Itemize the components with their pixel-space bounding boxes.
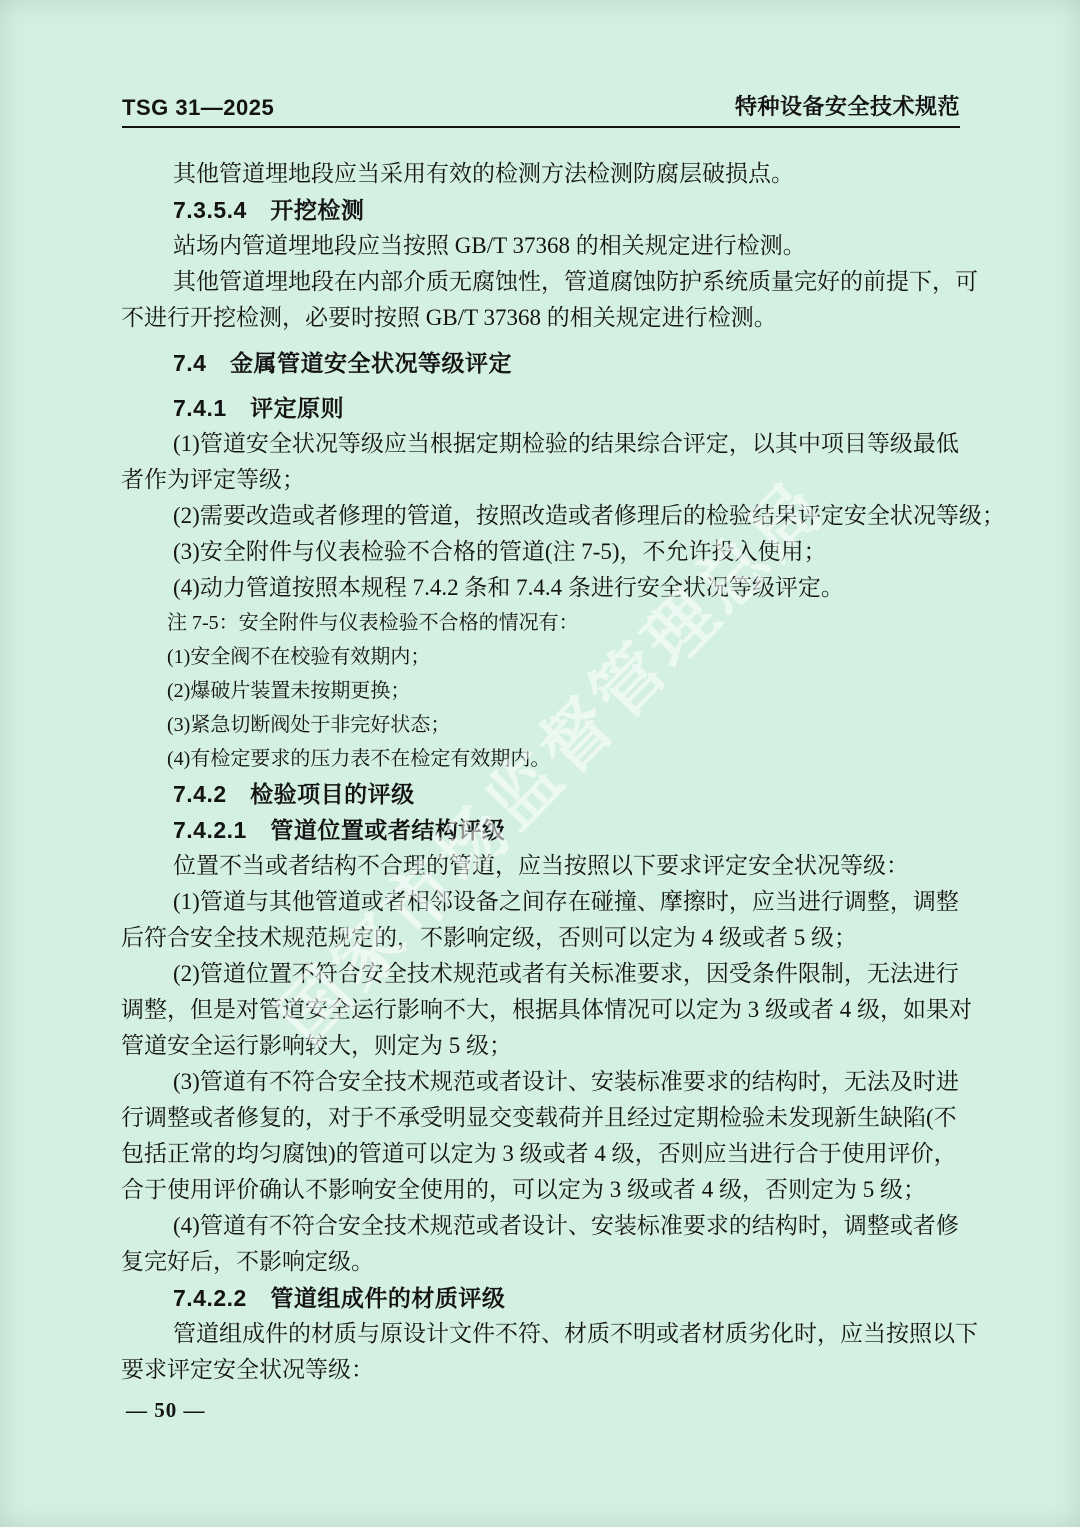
text-line: 7.4.1 评定原则 [121, 390, 963, 426]
text-line: 调整，但是对管道安全运行影响不大，根据具体情况可以定为 3 级或者 4 级，如果… [121, 992, 963, 1028]
text-line: (3)安全附件与仪表检验不合格的管道(注 7-5)，不允许投入使用； [121, 534, 963, 570]
text-line: 其他管道埋地段应当采用有效的检测方法检测防腐层破损点。 [121, 156, 963, 192]
page-number: — 50 — [126, 1398, 206, 1423]
text-line: 要求评定安全状况等级： [121, 1352, 963, 1388]
text-line: 7.4 金属管道安全状况等级评定 [121, 345, 963, 381]
text-line: 管道安全运行影响较大，则定为 5 级； [121, 1028, 963, 1064]
doc-code: TSG 31—2025 [122, 95, 274, 121]
text-line: (1)安全阀不在校验有效期内； [121, 640, 963, 674]
text-line: 合于使用评价确认不影响安全使用的，可以定为 3 级或者 4 级，否则定为 5 级… [121, 1172, 963, 1208]
text-line: (3)紧急切断阀处于非完好状态； [121, 708, 963, 742]
text-line: 管道组成件的材质与原设计文件不符、材质不明或者材质劣化时，应当按照以下 [121, 1316, 963, 1352]
text-line: 位置不当或者结构不合理的管道，应当按照以下要求评定安全状况等级： [121, 848, 963, 884]
text-line: 7.4.2.1 管道位置或者结构评级 [121, 812, 963, 848]
text-line: 7.3.5.4 开挖检测 [121, 192, 963, 228]
text-line: (4)管道有不符合安全技术规范或者设计、安装标准要求的结构时，调整或者修 [121, 1208, 963, 1244]
text-line: (2)爆破片装置未按期更换； [121, 674, 963, 708]
text-line: 注 7-5：安全附件与仪表检验不合格的情况有： [121, 606, 963, 640]
text-line: 其他管道埋地段在内部介质无腐蚀性，管道腐蚀防护系统质量完好的前提下，可 [121, 264, 963, 300]
text-line: 者作为评定等级； [121, 462, 963, 498]
page-header: TSG 31—2025 特种设备安全技术规范 [122, 90, 960, 128]
text-line: 后符合安全技术规范规定的，不影响定级，否则可以定为 4 级或者 5 级； [121, 920, 963, 956]
text-line: (4)有检定要求的压力表不在检定有效期内。 [121, 742, 963, 776]
text-line: 不进行开挖检测，必要时按照 GB/T 37368 的相关规定进行检测。 [121, 300, 963, 336]
text-line: 站场内管道埋地段应当按照 GB/T 37368 的相关规定进行检测。 [121, 228, 963, 264]
text-line: (2)管道位置不符合安全技术规范或者有关标准要求，因受条件限制，无法进行 [121, 956, 963, 992]
text-line: 7.4.2 检验项目的评级 [121, 776, 963, 812]
text-line: (1)管道安全状况等级应当根据定期检验的结果综合评定，以其中项目等级最低 [121, 426, 963, 462]
doc-title: 特种设备安全技术规范 [735, 90, 960, 121]
text-line: 行调整或者修复的，对于不承受明显交变载荷并且经过定期检验未发现新生缺陷(不 [121, 1100, 963, 1136]
document-page: TSG 31—2025 特种设备安全技术规范 其他管道埋地段应当采用有效的检测方… [0, 0, 1080, 1527]
text-line: (3)管道有不符合安全技术规范或者设计、安装标准要求的结构时，无法及时进 [121, 1064, 963, 1100]
document-body: 其他管道埋地段应当采用有效的检测方法检测防腐层破损点。7.3.5.4 开挖检测站… [121, 156, 963, 1388]
text-line: (1)管道与其他管道或者相邻设备之间存在碰撞、摩擦时，应当进行调整，调整 [121, 884, 963, 920]
text-line: (4)动力管道按照本规程 7.4.2 条和 7.4.4 条进行安全状况等级评定。 [121, 570, 963, 606]
text-line: 包括正常的均匀腐蚀)的管道可以定为 3 级或者 4 级，否则应当进行合于使用评价… [121, 1136, 963, 1172]
text-line: (2)需要改造或者修理的管道，按照改造或者修理后的检验结果评定安全状况等级； [121, 498, 963, 534]
text-line: 7.4.2.2 管道组成件的材质评级 [121, 1280, 963, 1316]
text-line: 复完好后，不影响定级。 [121, 1244, 963, 1280]
